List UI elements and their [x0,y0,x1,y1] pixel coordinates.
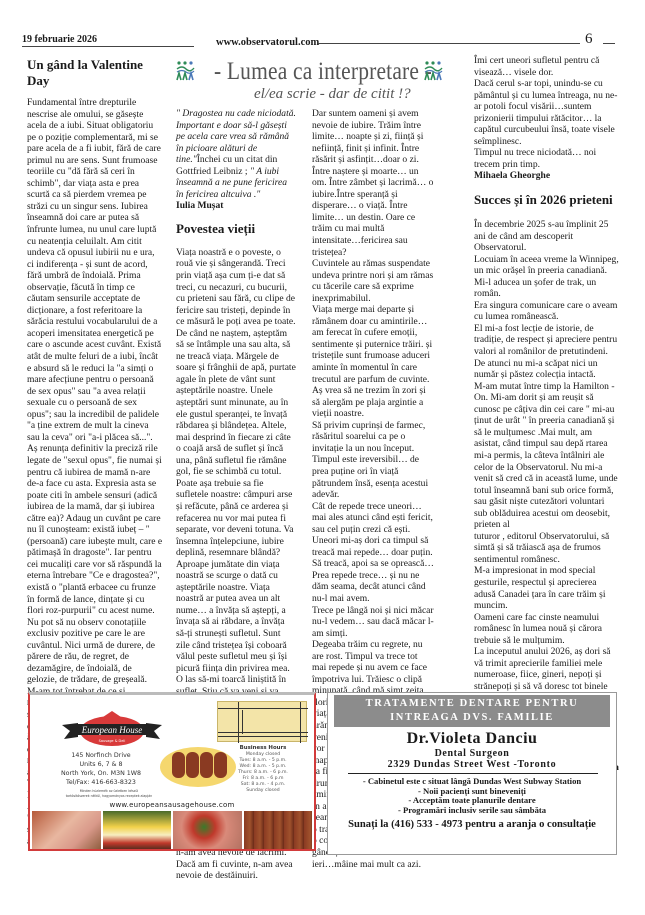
article-paragraph: M-am mutat între timp la Hamilton - On. … [474,381,619,531]
ad-european-house[interactable]: European House Sausage & Deli 145 Norfin… [28,692,316,851]
article-paragraph: Dacă am fi cuvinte, n-am avea nevoie de … [176,859,296,882]
article-paragraph: Să privim cuprinși de farmec, răsăritul … [312,420,434,455]
dentist-name: Dr.Violeta Danciu [328,730,616,748]
header-rule-end [603,43,615,44]
people-group-icon [174,60,196,82]
clinic-address: 2329 Dundas Street West -Toronto [328,759,616,770]
page-number: 6 [585,31,593,48]
svg-text:European House: European House [81,725,142,735]
store-website[interactable]: www.europeansausagehouse.com [30,801,314,809]
site-url[interactable]: www.observatorul.com [216,37,319,48]
article-paragraph: Oameni care fac cinste neamului românesc… [474,612,619,647]
quote-block: " Dragostea nu cade niciodată. Important… [176,108,296,200]
article-title: Succes și în 2026 prieteni [474,192,619,208]
article-paragraph: Cuvintele au rămas suspendate undeva pri… [312,258,434,304]
banner-subtitle: el/ea scrie - dar de citit !? [254,86,411,103]
product-photos [32,811,312,851]
article-paragraph: Timpul este ireversibil… de prea puține … [312,454,434,500]
issue-date: 19 februarie 2026 [22,34,97,45]
dentist-role: Dental Surgeon [328,748,616,759]
article-paragraph: Nu pot să nu observ conotațiile exclusiv… [27,617,163,686]
divider [348,773,598,774]
article-paragraph: Era singura comunicare care o aveam cu l… [474,300,619,323]
quote-author: Iulia Mușat [176,200,296,212]
clinic-features: - Cabinetul este c situat lângă Dundas W… [328,777,616,815]
article-paragraph: Îmi cert uneori sufletul pentru că visea… [474,55,619,78]
article-paragraph: Cât de repede trece uneori… mai ales atu… [312,501,434,536]
article-paragraph: Uneori mi-aș dori ca timpul să treacă ma… [312,535,434,604]
article-title: Un gând la Valentine Day [27,57,163,89]
people-group-icon [422,60,444,82]
svg-text:Sausage & Deli: Sausage & Deli [99,739,126,743]
article-paragraph: Timpul nu trece niciodată… noi trecem pr… [474,147,619,170]
location-map[interactable] [217,701,307,742]
section-banner: - Lumea ca interpretare - el/ea scrie - … [172,56,444,106]
article-paragraph: Locuiam în aceea vreme la Winnipeg, un m… [474,254,619,300]
clinic-phone-cta[interactable]: Sunați la (416) 533 - 4973 pentru a aran… [328,819,616,830]
article-paragraph: Dacă cerul s-ar topi, unindu-se cu pămân… [474,78,619,147]
article-paragraph: În decembrie 2025 s-au împlinit 25 ani d… [474,219,619,254]
article-paragraph: Trece pe lângă noi și nici măcar nu-l ve… [312,605,434,640]
article-title: Povestea vieții [176,221,296,237]
article-paragraph: Dar suntem oameni și avem nevoie de iubi… [312,108,434,258]
cheese-photo [103,811,172,851]
article-author: Mihaela Gheorghe [474,170,619,182]
article-paragraph: Fundamental între drepturile nescrise al… [27,97,163,617]
cold-cuts-photo [173,811,242,851]
page-header: 19 februarie 2026 www.observatorul.com 6 [0,0,645,50]
article-paragraph: Viața noastră e o poveste, o rouă vie și… [176,247,296,744]
article-paragraph: Aș vrea să ne trezim în zori și să alerg… [312,385,434,420]
header-rule-left [22,46,194,47]
store-address: 145 Norfinch Drive Units 6, 7 & 8 North … [36,751,166,787]
header-rule-right [318,43,580,44]
business-hours: Business Hours Monday closed Tues: 8 a.m… [218,745,308,794]
article-paragraph: M-a impresionat in mod special gesturile… [474,565,619,611]
dental-banner: TRATAMENTE DENTARE PENTRU INTREAGA DVS. … [334,695,610,727]
article-paragraph: El mi-a fost lecție de istorie, de tradi… [474,323,619,358]
sausages-photo [244,811,313,851]
banner-title: - Lumea ca interpretare - [214,58,432,86]
article-paragraph: De atunci nu mi-a scăpat nici un număr ș… [474,358,619,381]
ad-dental[interactable]: TRATAMENTE DENTARE PENTRU INTREAGA DVS. … [327,692,617,855]
article-paragraph: tuturor , editorul Observatorului, să si… [474,531,619,566]
european-house-logo: European House Sausage & Deli [60,709,164,749]
article-paragraph: Viața merge mai departe și rămânem doar … [312,304,434,385]
ham-photo [32,811,101,851]
article-column-4: Îmi cert uneori sufletul pentru că visea… [474,55,619,773]
store-note: Minden húzlemék az üzletben készül tartó… [34,789,184,799]
